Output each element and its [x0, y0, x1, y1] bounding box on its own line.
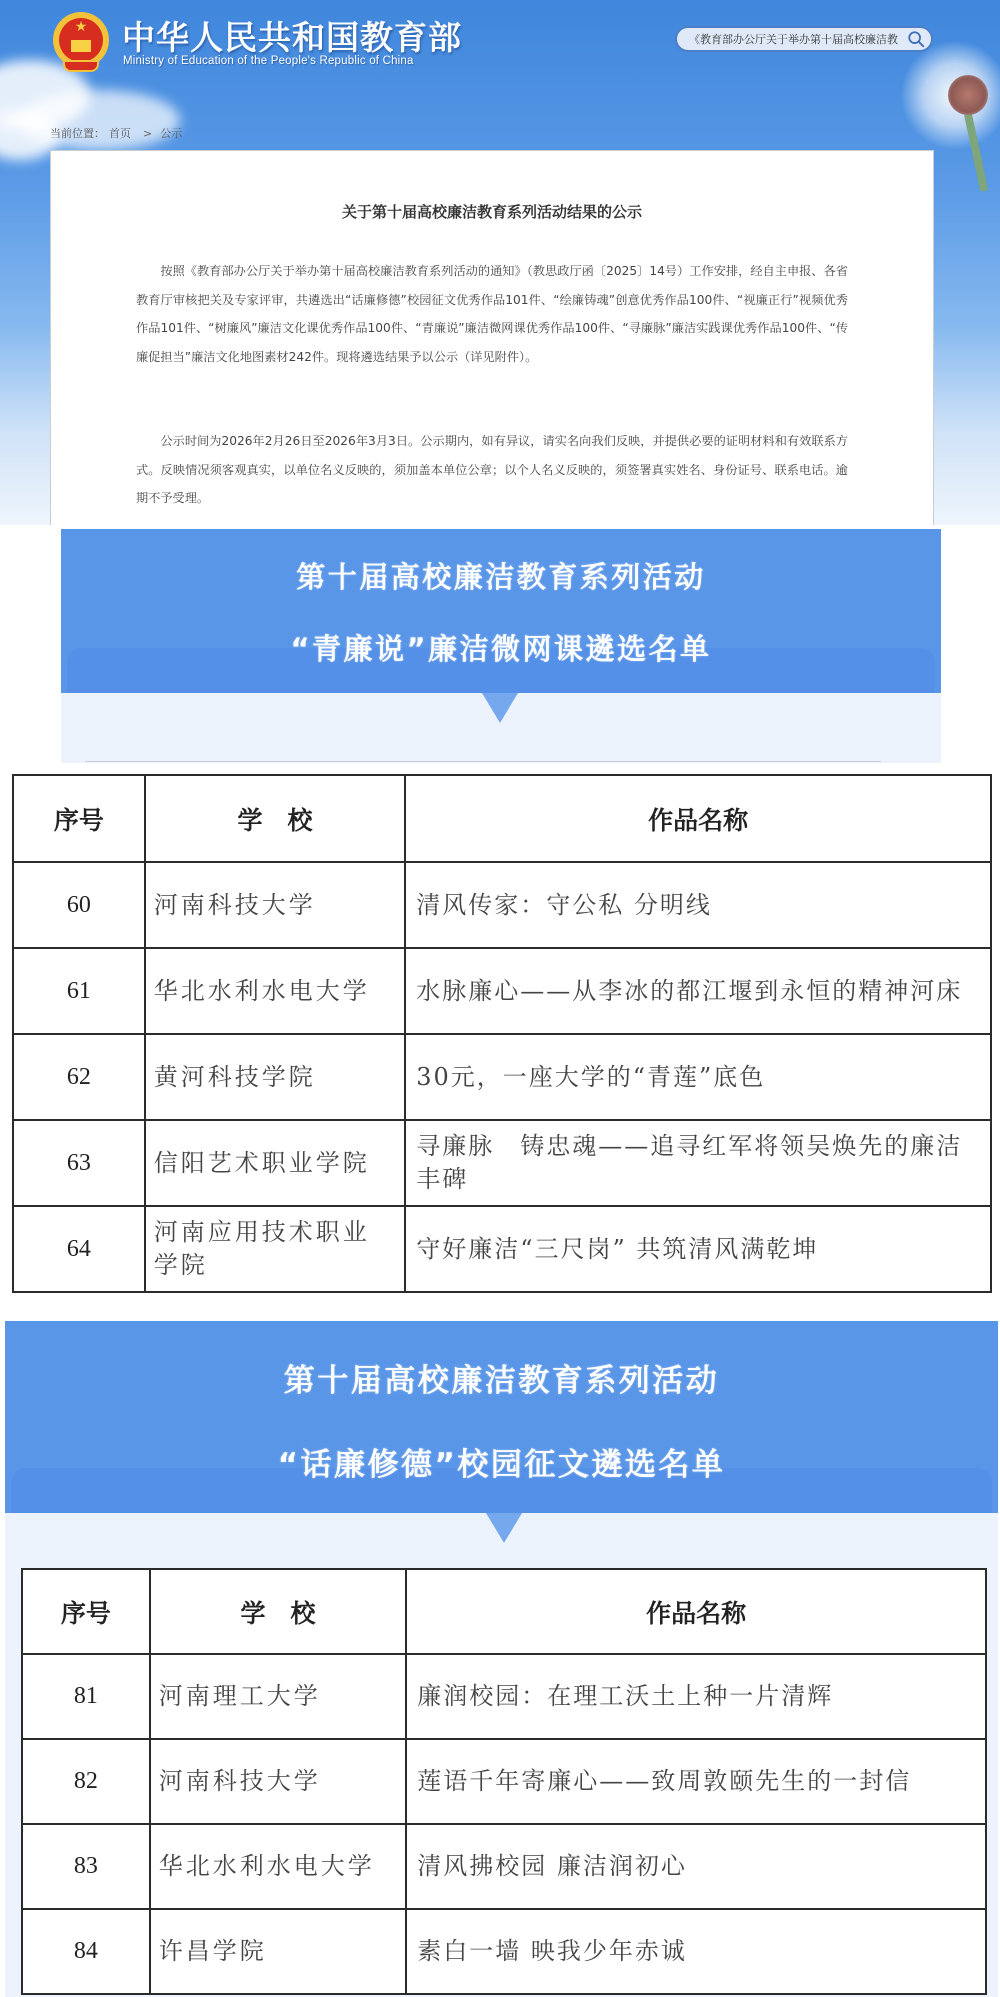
cell-no: 82	[22, 1739, 150, 1824]
breadcrumb-label: 当前位置：	[50, 127, 105, 140]
notice-paragraph: 公示时间为2026年2月26日至2026年3月3日。公示期内，如有异议，请实名向…	[136, 427, 848, 513]
table-row: 61 华北水利水电大学 水脉廉心——从李冰的都江堰到永恒的精神河床	[13, 948, 991, 1034]
cell-school: 河南科技大学	[145, 862, 405, 948]
cell-work: 素白一墙 映我少年赤诚	[406, 1909, 986, 1994]
cell-no: 61	[13, 948, 145, 1034]
cell-school: 信阳艺术职业学院	[145, 1120, 405, 1206]
national-emblem-icon[interactable]: ★	[53, 12, 109, 74]
site-subtitle: Ministry of Education of the People's Re…	[123, 55, 414, 67]
cell-school: 河南科技大学	[150, 1739, 406, 1824]
cell-school: 华北水利水电大学	[150, 1824, 406, 1909]
notice-paragraph: 按照《教育部办公厅关于举办第十届高校廉洁教育系列活动的通知》（教思政厅函〔202…	[136, 257, 848, 371]
cell-work: 30元，一座大学的“青莲”底色	[405, 1034, 991, 1120]
table-row: 60 河南科技大学 清风传家：守公私 分明线	[13, 862, 991, 948]
cell-work: 寻廉脉 铸忠魂——追寻红军将领吴焕先的廉洁丰碑	[405, 1120, 991, 1206]
table-row: 64 河南应用技术职业学院 守好廉洁“三尺岗” 共筑清风满乾坤	[13, 1206, 991, 1292]
cell-no: 83	[22, 1824, 150, 1909]
column-header-no: 序号	[22, 1569, 150, 1654]
cell-work: 清风拂校园 廉洁润初心	[406, 1824, 986, 1909]
notice-panel: 关于第十届高校廉洁教育系列活动结果的公示 按照《教育部办公厅关于举办第十届高校廉…	[50, 150, 934, 525]
column-header-work: 作品名称	[406, 1569, 986, 1654]
cell-no: 64	[13, 1206, 145, 1292]
cell-no: 60	[13, 862, 145, 948]
table-row: 82 河南科技大学 莲语千年寄廉心——致周敦颐先生的一封信	[22, 1739, 986, 1824]
selection-table: 序号 学 校 作品名称 60 河南科技大学 清风传家：守公私 分明线 61 华北…	[12, 774, 992, 1293]
breadcrumb-separator: >	[143, 127, 152, 140]
search-input[interactable]	[689, 33, 907, 46]
cell-work: 清风传家：守公私 分明线	[405, 862, 991, 948]
banner-title: 第十届高校廉洁教育系列活动	[5, 1355, 998, 1400]
table-row: 83 华北水利水电大学 清风拂校园 廉洁润初心	[22, 1824, 986, 1909]
notice-title: 关于第十届高校廉洁教育系列活动结果的公示	[51, 201, 933, 222]
cell-no: 84	[22, 1909, 150, 1994]
cell-work: 水脉廉心——从李冰的都江堰到永恒的精神河床	[405, 948, 991, 1034]
search-box[interactable]	[675, 26, 933, 52]
column-header-no: 序号	[13, 775, 145, 862]
breadcrumb-notice[interactable]: 公示	[160, 127, 182, 140]
banner-subtitle: “青廉说”廉洁微网课遴选名单	[61, 627, 941, 668]
table-header-row: 序号 学 校 作品名称	[22, 1569, 986, 1654]
cell-school: 黄河科技学院	[145, 1034, 405, 1120]
table-header-row: 序号 学 校 作品名称	[13, 775, 991, 862]
search-icon[interactable]	[907, 30, 925, 48]
table-row: 81 河南理工大学 廉润校园：在理工沃土上种一片清辉	[22, 1654, 986, 1739]
pointer-down-icon	[482, 693, 518, 723]
cell-no: 62	[13, 1034, 145, 1120]
column-header-school: 学 校	[150, 1569, 406, 1654]
table-row: 84 许昌学院 素白一墙 映我少年赤诚	[22, 1909, 986, 1994]
section-banner: 第十届高校廉洁教育系列活动 “青廉说”廉洁微网课遴选名单	[61, 529, 941, 693]
pointer-down-icon	[486, 1513, 522, 1543]
breadcrumb-home[interactable]: 首页	[109, 127, 131, 140]
cell-school: 华北水利水电大学	[145, 948, 405, 1034]
cell-school: 河南理工大学	[150, 1654, 406, 1739]
site-title[interactable]: 中华人民共和国教育部	[122, 12, 462, 59]
selection-table: 序号 学 校 作品名称 81 河南理工大学 廉润校园：在理工沃土上种一片清辉 8…	[21, 1568, 987, 1995]
cell-no: 63	[13, 1120, 145, 1206]
cell-no: 81	[22, 1654, 150, 1739]
table-row: 62 黄河科技学院 30元，一座大学的“青莲”底色	[13, 1034, 991, 1120]
breadcrumb: 当前位置：首页>公示	[50, 125, 186, 141]
column-header-school: 学 校	[145, 775, 405, 862]
column-header-work: 作品名称	[405, 775, 991, 862]
dandelion-decoration	[900, 40, 1000, 150]
cell-work: 廉润校园：在理工沃土上种一片清辉	[406, 1654, 986, 1739]
banner-subtitle: “话廉修德”校园征文遴选名单	[5, 1439, 998, 1484]
cell-school: 河南应用技术职业学院	[145, 1206, 405, 1292]
cell-work: 莲语千年寄廉心——致周敦颐先生的一封信	[406, 1739, 986, 1824]
cell-work: 守好廉洁“三尺岗” 共筑清风满乾坤	[405, 1206, 991, 1292]
table-row: 63 信阳艺术职业学院 寻廉脉 铸忠魂——追寻红军将领吴焕先的廉洁丰碑	[13, 1120, 991, 1206]
cell-school: 许昌学院	[150, 1909, 406, 1994]
banner-title: 第十届高校廉洁教育系列活动	[61, 555, 941, 596]
section-banner: 第十届高校廉洁教育系列活动 “话廉修德”校园征文遴选名单	[5, 1321, 998, 1513]
